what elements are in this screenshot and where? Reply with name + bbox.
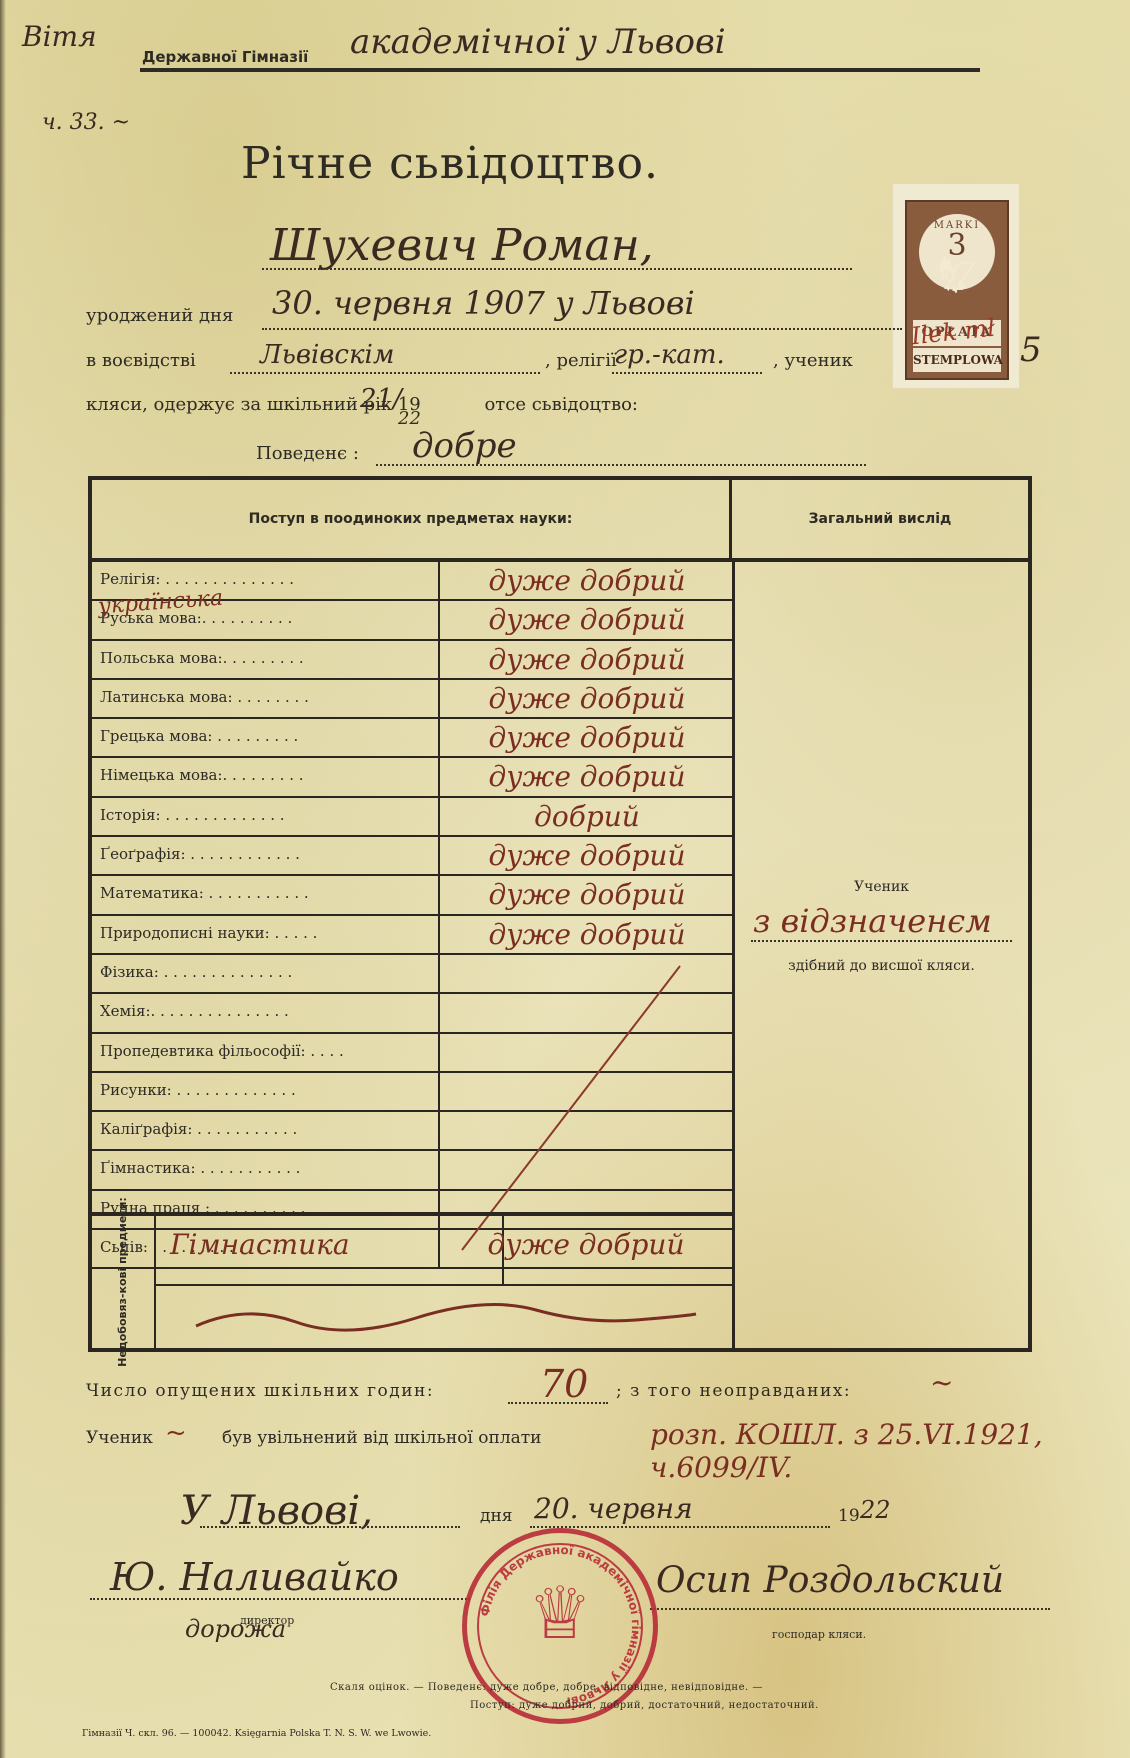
- exemption-label: був увільнений від шкільної оплати: [222, 1428, 542, 1448]
- margin-note: Вітя: [22, 20, 97, 53]
- conduct-dotted-line: [376, 464, 866, 466]
- director-dotted-line: [90, 1598, 470, 1600]
- director-label: директор: [240, 1614, 294, 1627]
- issue-date: 20. червня: [534, 1492, 693, 1525]
- exemption-label-start: Ученик: [86, 1428, 153, 1448]
- optional-subject-grade: дуже добрий: [446, 1228, 726, 1261]
- issue-year: 22: [860, 1496, 891, 1524]
- voivodeship-value: Львівскім: [260, 340, 394, 370]
- exemption-mark: ~: [165, 1418, 187, 1448]
- optional-subject-row: Гімнастика дуже добрий: [156, 1216, 732, 1286]
- class-number: 5: [1020, 330, 1042, 370]
- general-result-value: з відзначенєм: [753, 902, 992, 940]
- teacher-dotted-line: [650, 1608, 1050, 1610]
- religion-label: , релігії: [545, 350, 617, 371]
- page-edge-shadow: [0, 0, 6, 1758]
- eagle-icon: 🦅︎: [907, 254, 1007, 296]
- director-signature: Ю. Наливайко: [110, 1555, 399, 1599]
- pupil-label: , ученик: [773, 350, 853, 371]
- student-name: Шухевич Роман,: [270, 220, 654, 271]
- general-result-column: Ученик з відзначенєм здібний до висшої к…: [732, 562, 1028, 1348]
- record-number: ч. 33. ~: [42, 110, 130, 135]
- born-label: уроджений дня: [86, 305, 233, 326]
- name-dotted-line: [262, 268, 852, 270]
- school-name-handwritten: академічної у Львові: [350, 22, 726, 62]
- absence-hours: 70: [540, 1362, 588, 1406]
- year-label-end: отсе сьвідоцтво:: [484, 394, 638, 415]
- exemption-detail: розп. КОШЛ. з 25.VI.1921, ч.6099/IV.: [650, 1418, 1130, 1484]
- grades-table: Поступ в поодиноких предметах науки: Заг…: [88, 476, 1032, 1352]
- stamp-stemplowa: STEMPLOWA: [913, 348, 1001, 372]
- conduct-label: Поведенє :: [256, 443, 359, 464]
- teacher-signature: Осип Роздольский: [656, 1560, 1004, 1601]
- birth-date-place: 30. червня 1907 у Львові: [272, 284, 695, 322]
- grading-scale-conduct: Скаля оцінок. — Поведенє: дуже добре, до…: [330, 1682, 763, 1693]
- optional-subjects-label: Недобовяз-кові предмети:: [92, 1216, 156, 1348]
- school-year-value: 21/: [360, 384, 402, 414]
- conduct-value: добре: [412, 426, 517, 466]
- eagle-icon: ♕: [467, 1573, 653, 1653]
- stamp-frame: MARKI 3 🦅︎ OPŁATA STEMPLOWA Ilek mł: [905, 200, 1009, 380]
- grading-scale-progress: Поступ: дуже добрий, добрий, достаточний…: [470, 1700, 819, 1711]
- year-printed: 19: [838, 1506, 860, 1526]
- optional-subjects: Недобовяз-кові предмети: Гімнастика дуже…: [92, 1212, 732, 1348]
- printer-imprint: Гімназії Ч. скл. 96. — 100042. Księgarni…: [82, 1728, 431, 1739]
- general-result-header: Загальний вислід: [732, 480, 1028, 562]
- place-dotted-line: [200, 1526, 460, 1528]
- voivodeship-label: в воєвідстві: [86, 350, 196, 371]
- revenue-stamp: MARKI 3 🦅︎ OPŁATA STEMPLOWA Ilek mł: [893, 184, 1019, 388]
- cancel-wave-line: [156, 1286, 732, 1352]
- date-dotted-line: [530, 1526, 830, 1528]
- unexcused-hours: ~: [930, 1366, 953, 1399]
- school-label: Державної Гімназії: [142, 48, 308, 66]
- born-dotted-line: [262, 328, 902, 330]
- optional-subject-name: Гімнастика: [170, 1228, 350, 1261]
- day-label: дня: [480, 1506, 513, 1526]
- general-result-text: здібний до висшої кляси.: [735, 958, 1028, 974]
- general-pupil-label: Ученик: [735, 879, 1028, 895]
- absence-label: Число опущених шкільних годин:: [86, 1381, 434, 1401]
- general-dotted-line: [751, 940, 1012, 942]
- teacher-label: господар кляси.: [772, 1628, 866, 1641]
- document-title: Річне сьвідоцтво.: [0, 138, 900, 189]
- religion-dotted-line: [612, 372, 762, 374]
- voivodeship-dotted-line: [230, 372, 540, 374]
- unexcused-label: ; з того неоправданих:: [616, 1381, 851, 1401]
- religion-value: гр.-кат.: [614, 340, 725, 370]
- school-seal: Філія Державної академічної гімназії у Л…: [462, 1528, 658, 1724]
